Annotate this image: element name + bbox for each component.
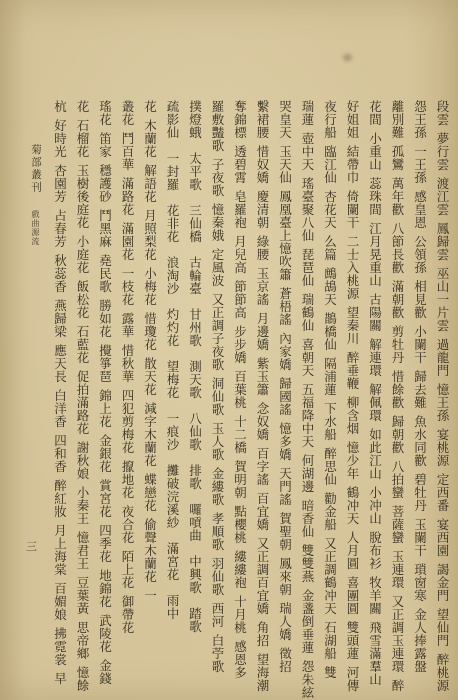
tune-name: 下水船 — [323, 402, 337, 441]
tune-name: 牧羊關 — [368, 576, 382, 615]
tune-name: 測天歌 — [188, 360, 202, 399]
tune-name: 醉思仙 — [323, 447, 337, 486]
tune-name: 玉人歌 — [210, 422, 224, 461]
tune-name: 鳳來朝 — [278, 557, 292, 596]
tune-name: 堯民歌 — [98, 254, 112, 293]
tune-name: 賀聖朝 — [278, 512, 292, 551]
tune-column: 怨王孫一王孫感皇恩公領孫相見歡小闌干歸去難魚水同歡碧牡丹玉闌干瑣窗寒金人捧露盤 — [413, 100, 426, 680]
tune-name: 繫裙腰 — [255, 100, 269, 139]
tune-name: 雨中 — [165, 594, 179, 620]
tune-name: 玉連環 — [390, 550, 404, 589]
tune-name: 公領孫 — [413, 235, 427, 274]
tune-name: 又正調玉連環 — [390, 595, 404, 673]
tune-name: 巫山一片雲 — [435, 267, 449, 332]
tune-name: 散天花 — [143, 357, 157, 396]
tune-name: 憶君王 — [75, 531, 89, 570]
tune-name: 促拍滿路花 — [75, 370, 89, 435]
tune-name: 惜秋華 — [120, 344, 134, 383]
tune-name: 望秦川 — [345, 306, 359, 345]
tune-name: 念奴嬌 — [255, 402, 269, 441]
tune-name: 宴西園 — [435, 518, 449, 557]
tune-name: 瑞人嬌 — [278, 602, 292, 641]
tune-name: 石湖船 — [323, 621, 337, 660]
tune-name: 四和香 — [53, 434, 67, 473]
tune-name: 御帶花 — [120, 595, 134, 634]
tune-name: 如此江山 — [368, 428, 382, 480]
tune-name: 踏歌 — [188, 607, 202, 633]
tune-name: 么篇 — [323, 235, 337, 261]
tune-name: 羅敷豔歌 — [210, 100, 224, 152]
tune-name: 段雲 — [435, 100, 449, 126]
tune-name: 憶秦娥 — [210, 203, 224, 242]
tune-name: 一 — [143, 589, 157, 602]
tune-name: 結帶巾 — [345, 145, 359, 184]
tune-name: 撲燈蛾 — [188, 100, 202, 139]
tune-name: 鶴冲天 — [345, 486, 359, 525]
tune-name: 哭皇天 — [278, 100, 292, 139]
tune-column: 繫裙腰惜奴嬌慶清朝綠腰玉京謠月邊嬌紫玉簫念奴嬌百字謠百宜嬌又正調百宜嬌角招望海潮 — [256, 100, 269, 680]
tune-name: 喜朝天 — [300, 338, 314, 377]
tune-column: 瑞蓮壺中天瑤臺聚八仙琵琶仙瑞鶴仙喜朝天五福降中天何湖邊暗香仙雙雙燕金盞倒垂蓮怨朱… — [301, 100, 314, 680]
tune-column: 好姐姐結帶巾倚闌干二士入桃源望秦川醉垂鞭柳含烟憶少年鶴冲天人月圓喜團圓雙頭蓮河傳 — [346, 100, 359, 680]
tune-name: 望海潮 — [255, 653, 269, 692]
tune-name: 滿宮花 — [165, 542, 179, 581]
tune-name: 雙頭蓮 — [345, 621, 359, 660]
tune-name: 角招 — [255, 621, 269, 647]
tune-name: 鳳凰臺上憶吹簫 — [278, 190, 292, 281]
tune-name: 勸金船 — [323, 492, 337, 531]
tune-name: 瑞蓮 — [300, 100, 314, 126]
tune-name: 好姐姐 — [345, 100, 359, 139]
tune-name: 金盞倒垂蓮 — [300, 589, 314, 654]
tune-name: 十月桃 — [233, 595, 247, 634]
tune-name: 一王孫 — [413, 145, 427, 184]
tune-name: 透碧霄 — [233, 145, 247, 184]
tune-name: 月邊嬌 — [255, 312, 269, 351]
tune-name: 魚水同歡 — [413, 415, 427, 467]
tune-name: 醉垂鞭 — [345, 351, 359, 390]
tune-name: 孤鸞 — [390, 145, 404, 171]
tune-name: 臨江仙 — [323, 145, 337, 184]
tune-name: 月兒高 — [233, 235, 247, 274]
tune-name: 河傳 — [345, 666, 359, 692]
tune-name: 滿路花 — [120, 177, 134, 216]
tune-name: 飛雪滿羣山 — [368, 621, 382, 686]
tune-column: 花石榴花玉樹後庭花小庭花飯松花石藍花促拍滿路花謝秋娘小秦王憶君王豆葉黃思帝鄉憶餘 — [76, 100, 89, 680]
tune-name: 疏影仙 — [165, 100, 179, 139]
tune-name: 謝秋娘 — [75, 441, 89, 480]
tune-name: 夜行船 — [323, 100, 337, 139]
tune-name: 一痕沙 — [165, 412, 179, 451]
tune-name: 太平歌 — [188, 152, 202, 191]
tune-name: 剪牡丹 — [390, 325, 404, 364]
tune-name: 隔浦蓮 — [323, 357, 337, 396]
tune-name: 壺中天 — [300, 132, 314, 171]
tune-name: 地錦花 — [98, 569, 112, 608]
tune-column: 夜行船臨江仙杏花天么篇鷓鴣天鵲橋仙隔浦蓮下水船醉思仙勸金船又正調鶴冲天石湖船雙 — [323, 100, 336, 680]
tune-name: 花 — [143, 100, 157, 113]
tune-name: 甘州歌 — [188, 308, 202, 347]
tune-name: 醉紅妝 — [53, 479, 67, 518]
tune-name: 又正調子夜歌 — [210, 293, 224, 371]
tune-name: 夢行雲 — [435, 132, 449, 171]
tune-name: 賀明朝 — [233, 460, 247, 499]
tune-name: 應天長 — [53, 344, 67, 383]
tune-name: 節節高 — [233, 280, 247, 319]
tune-name: 飯松花 — [75, 280, 89, 319]
tune-name: 步步嬌 — [233, 325, 247, 364]
tune-name: 何湖邊 — [300, 454, 314, 493]
tune-name: 占春芳 — [53, 209, 67, 248]
tune-name: 望仙門 — [435, 608, 449, 647]
tune-name: 瑤臺聚八仙 — [300, 177, 314, 242]
tune-name: 八拍蠻 — [390, 460, 404, 499]
tune-name: 喜團圓 — [345, 576, 359, 615]
tune-name: 武陵花 — [98, 614, 112, 653]
tune-name: 鳳歸雲 — [435, 222, 449, 261]
tune-name: 賞宮花 — [98, 479, 112, 518]
tune-name: 點櫻桃 — [233, 505, 247, 544]
tune-name: 金錢 — [98, 659, 112, 685]
tune-column: 花木蘭花解語花月照梨花小梅花惜瓊花散天花減字木蘭花蝶戀花偷聲木蘭花一 — [143, 100, 156, 680]
series-title: 菊部叢刊 — [28, 144, 43, 194]
tune-name: 瑤花 — [98, 100, 112, 126]
tune-name: 偷聲木蘭花 — [143, 518, 157, 583]
tune-name: 子夜歌 — [210, 158, 224, 197]
tune-name: 滿朝歡 — [390, 280, 404, 319]
tune-name: 菩薩蠻 — [390, 505, 404, 544]
tune-name: 鬥百華 — [120, 132, 134, 171]
tune-name: 滿園花 — [120, 222, 134, 261]
tune-name: 暗香仙 — [300, 499, 314, 538]
tune-name: 過龍門 — [435, 338, 449, 377]
tune-column: 杭好時光杏園芳占春芳秋蕊香燕歸梁應天長白洋香四和香醉紅妝月上海棠百媚娘拂霓裳早 — [53, 100, 66, 680]
tune-name: 穩護砂 — [98, 164, 112, 203]
tune-name: 減字木蘭花 — [143, 402, 157, 467]
tune-name: 百葉桃 — [233, 370, 247, 409]
tune-name: 百字謠 — [255, 447, 269, 486]
tune-name: 笛家 — [98, 132, 112, 158]
tune-name: 百宜嬌 — [255, 492, 269, 531]
tune-name: 花 — [75, 100, 89, 113]
tune-name: 杭 — [53, 100, 67, 113]
tune-name: 小梅花 — [143, 267, 157, 306]
tune-name: 解佩環 — [368, 383, 382, 422]
tune-name: 八節長歡 — [390, 222, 404, 274]
tune-name: 相見歡 — [413, 280, 427, 319]
tune-name: 怨王孫 — [413, 100, 427, 139]
scan-smudge — [343, 54, 352, 61]
tune-name: 倚闌干 — [345, 190, 359, 229]
tune-name: 鷓鴣天 — [323, 267, 337, 306]
tune-column: 段雲夢行雲渡江雲鳳歸雲巫山一片雲過龍門憶王孫宴桃源定西番宴西園謁金門望仙門醉桃源 — [436, 100, 449, 680]
tune-name: 蝶戀花 — [143, 473, 157, 512]
tune-name: 思帝鄉 — [75, 621, 89, 660]
tune-name: 好時光 — [53, 119, 67, 158]
tune-name: 柳含烟 — [345, 396, 359, 435]
tune-name: 二士入桃源 — [345, 235, 359, 300]
tune-name: 小重山 — [368, 132, 382, 171]
tune-name: 十二橋 — [233, 415, 247, 454]
tune-name: 解連環 — [368, 338, 382, 377]
tune-name: 囉嗊曲 — [188, 503, 202, 542]
tune-name: 蕊珠間 — [368, 177, 382, 216]
tune-column: 叢花鬥百華滿路花滿園花一枝花露華惜秋華四犯剪梅花攛地花夜合花陌上花御帶花 — [121, 100, 134, 680]
tune-name: 孝順歌 — [210, 512, 224, 551]
tune-name: 奪錦標 — [233, 100, 247, 139]
tune-name: 離別難 — [390, 100, 404, 139]
tune-name: 杏園芳 — [53, 164, 67, 203]
tune-name: 古輪臺 — [188, 256, 202, 295]
tune-name: 月上海棠 — [53, 524, 67, 576]
tune-name: 怨朱絃 — [300, 660, 314, 699]
tune-name: 杏花天 — [323, 190, 337, 229]
tune-name: 瑞鶴仙 — [300, 293, 314, 332]
tune-name: 歸國謠 — [278, 377, 292, 416]
tune-name: 歸去難 — [413, 370, 427, 409]
tune-name: 四季花 — [98, 524, 112, 563]
tune-name: 拂霓裳 — [53, 627, 67, 666]
tune-name: 秋蕊香 — [53, 254, 67, 293]
tune-name: 憶餘 — [75, 666, 89, 692]
tune-name: 蒼梧謠 — [278, 287, 292, 326]
tune-name: 百媚娘 — [53, 582, 67, 621]
tune-name: 夜合花 — [120, 505, 134, 544]
tune-name: 排歌 — [188, 464, 202, 490]
tune-name: 惜奴嬌 — [255, 145, 269, 184]
tune-name: 鬥黑麻 — [98, 209, 112, 248]
tune-name: 小闌干 — [413, 325, 427, 364]
tune-name: 叢花 — [120, 100, 134, 126]
tune-name: 月照梨花 — [143, 209, 157, 261]
tune-name: 醉桃源 — [435, 653, 449, 692]
tune-name: 攪箏琶 — [98, 344, 112, 383]
tune-name: 豆葉黃 — [75, 576, 89, 615]
section-title: 戲曲源流 — [30, 210, 41, 246]
tune-name: 石藍花 — [75, 325, 89, 364]
tune-name: 又正調百宜嬌 — [255, 537, 269, 615]
tune-column: 羅敷豔歌子夜歌憶秦娥定風波又正調子夜歌洞仙歌玉人歌金縷歌孝順歌羽仙歌西河白苧歌 — [211, 100, 224, 680]
tune-name: 萬年歡 — [390, 177, 404, 216]
tune-name: 玉樹後庭花 — [75, 164, 89, 229]
tune-column: 撲燈蛾太平歌三仙橋古輪臺甘州歌測天歌八仙歌排歌囉嗊曲中興歌踏歌 — [188, 100, 201, 680]
tune-name: 天門謠 — [278, 467, 292, 506]
tune-name: 雙 — [323, 666, 337, 679]
tune-name: 燕歸梁 — [53, 299, 67, 338]
tune-name: 四犯剪梅花 — [120, 389, 134, 454]
tune-name: 雙雙燕 — [300, 544, 314, 583]
tune-name: 謁金門 — [435, 563, 449, 602]
tune-column: 離別難孤鸞萬年歡八節長歡滿朝歡剪牡丹惜餘歡歸朝歡八拍蠻菩薩蠻玉連環又正調玉連環醉 — [391, 100, 404, 680]
tune-name: 小冲山 — [368, 486, 382, 525]
tune-name: 八仙歌 — [188, 412, 202, 451]
tune-column: 奪錦標透碧霄皂羅袍月兒高節節高步步嬌百葉桃十二橋賀明朝點櫻桃縷縷袍十月桃感恩多 — [233, 100, 246, 680]
tune-name: 古陽關 — [368, 293, 382, 332]
tune-name: 縷縷袍 — [233, 550, 247, 589]
tune-name: 白苧歌 — [210, 634, 224, 673]
tune-name: 徵招 — [278, 647, 292, 673]
tune-name: 鵲橋仙 — [323, 312, 337, 351]
tune-name: 金銀花 — [98, 434, 112, 473]
tune-name: 三仙橋 — [188, 204, 202, 243]
tune-name: 玉闌干 — [413, 518, 427, 557]
tune-name: 露華 — [120, 312, 134, 338]
tune-name: 醉 — [390, 679, 404, 692]
tune-name: 碧牡丹 — [413, 473, 427, 512]
tune-name: 灼灼花 — [165, 308, 179, 347]
tune-column: 疏影仙一封羅花非花浪淘沙灼灼花望梅花一痕沙攤破浣溪紗滿宮花雨中 — [166, 100, 179, 680]
tune-name: 木蘭花 — [143, 119, 157, 158]
tune-name: 定風波 — [210, 248, 224, 287]
tune-name: 五福降中天 — [300, 383, 314, 448]
tune-name: 小秦王 — [75, 486, 89, 525]
tune-name: 陌上花 — [120, 550, 134, 589]
tune-name-list: 段雲夢行雲渡江雲鳳歸雲巫山一片雲過龍門憶王孫宴桃源定西番宴西園謁金門望仙門醉桃源… — [43, 100, 448, 680]
tune-name: 感皇恩 — [413, 190, 427, 229]
tune-name: 攤破浣溪紗 — [165, 464, 179, 529]
tune-name: 望梅花 — [165, 360, 179, 399]
tune-name: 惜瓊花 — [143, 312, 157, 351]
page-number: 三 — [26, 538, 37, 554]
tune-name: 玉京謠 — [255, 267, 269, 306]
tune-name: 渡江雲 — [435, 177, 449, 216]
book-page: 段雲夢行雲渡江雲鳳歸雲巫山一片雲過龍門憶王孫宴桃源定西番宴西園謁金門望仙門醉桃源… — [0, 0, 458, 700]
tune-name: 慶清朝 — [255, 190, 269, 229]
tune-name: 花非花 — [165, 204, 179, 243]
tune-column: 哭皇天玉天仙鳳凰臺上憶吹簫蒼梧謠內家嬌歸國謠憶多嬌天門謠賀聖朝鳳來朝瑞人嬌徵招 — [278, 100, 291, 680]
tune-name: 琵琶仙 — [300, 248, 314, 287]
tune-name: 小庭花 — [75, 235, 89, 274]
tune-column: 花間小重山蕊珠間江月晃重山古陽關解連環解佩環如此江山小冲山脫布衫牧羊關飛雪滿羣山 — [368, 100, 381, 680]
tune-name: 憶王孫 — [435, 383, 449, 422]
tune-name: 皂羅袍 — [233, 190, 247, 229]
tune-name: 花間 — [368, 100, 382, 126]
tune-name: 洞仙歌 — [210, 377, 224, 416]
tune-name: 宴桃源 — [435, 428, 449, 467]
tune-name: 中興歌 — [188, 555, 202, 594]
tune-name: 羽仙歌 — [210, 557, 224, 596]
tune-name: 一封羅 — [165, 152, 179, 191]
tune-name: 憶多嬌 — [278, 422, 292, 461]
tune-name: 金人捧露盤 — [413, 608, 427, 673]
tune-name: 浪淘沙 — [165, 256, 179, 295]
tune-name: 一枝花 — [120, 267, 134, 306]
tune-name: 惜餘歡 — [390, 370, 404, 409]
tune-name: 人月圓 — [345, 531, 359, 570]
tune-name: 解語花 — [143, 164, 157, 203]
tune-name: 玉天仙 — [278, 145, 292, 184]
tune-name: 又正調鶴冲天 — [323, 537, 337, 615]
tune-name: 攛地花 — [120, 460, 134, 499]
tune-name: 脫布衫 — [368, 531, 382, 570]
tune-name: 白洋香 — [53, 389, 67, 428]
tune-name: 憶少年 — [345, 441, 359, 480]
tune-name: 綠腰 — [255, 235, 269, 261]
tune-name: 早 — [53, 672, 67, 685]
tune-name: 定西番 — [435, 473, 449, 512]
tune-name: 金縷歌 — [210, 467, 224, 506]
tune-name: 歸朝歡 — [390, 415, 404, 454]
tune-column: 瑤花笛家穩護砂鬥黑麻堯民歌勝如花攪箏琶錦上花金銀花賞宮花四季花地錦花武陵花金錢 — [98, 100, 111, 680]
tune-name: 西河 — [210, 602, 224, 628]
tune-name: 江月晃重山 — [368, 222, 382, 287]
tune-name: 勝如花 — [98, 299, 112, 338]
tune-name: 石榴花 — [75, 119, 89, 158]
tune-name: 瑣窗寒 — [413, 563, 427, 602]
tune-name: 內家嬌 — [278, 332, 292, 371]
tune-name: 錦上花 — [98, 389, 112, 428]
tune-name: 紫玉簫 — [255, 357, 269, 396]
tune-name: 感恩多 — [233, 640, 247, 679]
